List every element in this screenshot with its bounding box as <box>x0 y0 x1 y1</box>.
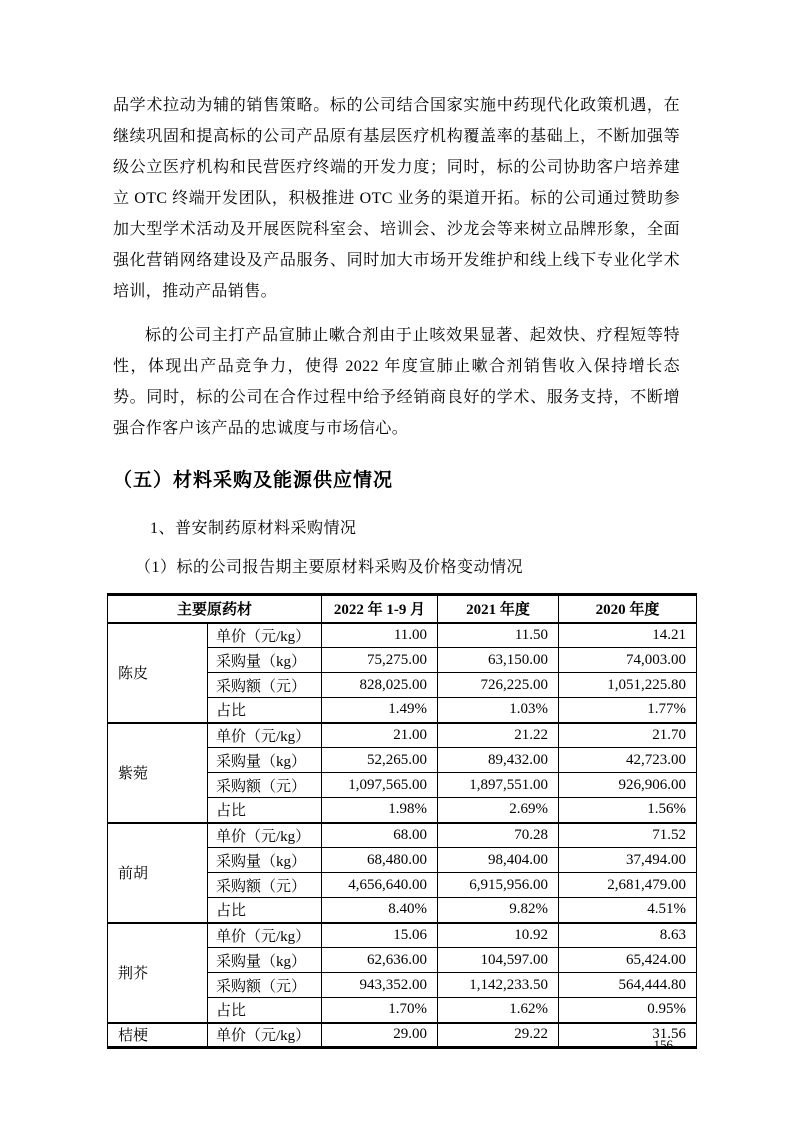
materials-table: 主要原药材 2022 年 1-9 月 2021 年度 2020 年度 陈皮单价（… <box>107 593 697 1049</box>
page-number: 156 <box>654 1037 674 1053</box>
metric-label-cell: 单价（元/kg） <box>208 723 322 748</box>
table-row: 桔梗单价（元/kg）29.0029.2231.56 <box>108 1023 697 1048</box>
value-cell: 1.49% <box>322 698 438 723</box>
value-cell: 1.70% <box>322 998 438 1023</box>
page-content: 品学术拉动为辅的销售策略。标的公司结合国家实施中药现代化政策机遇，在继续巩固和提… <box>113 90 680 1049</box>
subsection-heading: 1、普安制药原材料采购情况 <box>150 518 680 540</box>
value-cell: 1.77% <box>559 698 697 723</box>
metric-label-cell: 占比 <box>208 898 322 923</box>
value-cell: 74,003.00 <box>559 648 697 673</box>
metric-label-cell: 采购额（元） <box>208 673 322 698</box>
value-cell: 726,225.00 <box>438 673 559 698</box>
table-row: 陈皮单价（元/kg）11.0011.5014.21 <box>108 623 697 648</box>
header-year-2021: 2021 年度 <box>438 595 559 623</box>
metric-label-cell: 采购量（kg） <box>208 848 322 873</box>
value-cell: 75,275.00 <box>322 648 438 673</box>
value-cell: 9.82% <box>438 898 559 923</box>
value-cell: 37,494.00 <box>559 848 697 873</box>
value-cell: 68.00 <box>322 823 438 848</box>
value-cell: 71.52 <box>559 823 697 848</box>
material-name-cell: 前胡 <box>108 823 208 923</box>
value-cell: 62,636.00 <box>322 948 438 973</box>
value-cell: 21.22 <box>438 723 559 748</box>
value-cell: 14.21 <box>559 623 697 648</box>
value-cell: 15.06 <box>322 923 438 948</box>
value-cell: 2.69% <box>438 798 559 823</box>
value-cell: 104,597.00 <box>438 948 559 973</box>
value-cell: 29.22 <box>438 1023 559 1048</box>
header-year-2020: 2020 年度 <box>559 595 697 623</box>
metric-label-cell: 单价（元/kg） <box>208 1023 322 1048</box>
value-cell: 70.28 <box>438 823 559 848</box>
metric-label-cell: 采购量（kg） <box>208 948 322 973</box>
materials-table-body: 陈皮单价（元/kg）11.0011.5014.21采购量（kg）75,275.0… <box>108 623 697 1048</box>
material-name-cell: 荆芥 <box>108 923 208 1023</box>
metric-label-cell: 采购额（元） <box>208 773 322 798</box>
metric-label-cell: 采购额（元） <box>208 973 322 998</box>
table-row: 前胡单价（元/kg）68.0070.2871.52 <box>108 823 697 848</box>
value-cell: 943,352.00 <box>322 973 438 998</box>
metric-label-cell: 占比 <box>208 698 322 723</box>
value-cell: 1,051,225.80 <box>559 673 697 698</box>
value-cell: 1,142,233.50 <box>438 973 559 998</box>
value-cell: 8.63 <box>559 923 697 948</box>
value-cell: 68,480.00 <box>322 848 438 873</box>
value-cell: 29.00 <box>322 1023 438 1048</box>
value-cell: 926,906.00 <box>559 773 697 798</box>
table-row: 紫菀单价（元/kg）21.0021.2221.70 <box>108 723 697 748</box>
value-cell: 42,723.00 <box>559 748 697 773</box>
material-name-cell: 紫菀 <box>108 723 208 823</box>
value-cell: 1,897,551.00 <box>438 773 559 798</box>
header-material-column: 主要原药材 <box>108 595 322 623</box>
metric-label-cell: 单价（元/kg） <box>208 823 322 848</box>
metric-label-cell: 采购额（元） <box>208 873 322 898</box>
value-cell: 0.95% <box>559 998 697 1023</box>
metric-label-cell: 单价（元/kg） <box>208 623 322 648</box>
value-cell: 98,404.00 <box>438 848 559 873</box>
value-cell: 11.50 <box>438 623 559 648</box>
value-cell: 89,432.00 <box>438 748 559 773</box>
paragraph-product-competitiveness: 标的公司主打产品宣肺止嗽合剂由于止咳效果显著、起效快、疗程短等特性，体现出产品竞… <box>113 320 680 444</box>
value-cell: 1,097,565.00 <box>322 773 438 798</box>
paragraph-sales-strategy: 品学术拉动为辅的销售策略。标的公司结合国家实施中药现代化政策机遇，在继续巩固和提… <box>113 90 680 307</box>
value-cell: 1.03% <box>438 698 559 723</box>
document-page: 品学术拉动为辅的销售策略。标的公司结合国家实施中药现代化政策机遇，在继续巩固和提… <box>0 0 793 1122</box>
value-cell: 4,656,640.00 <box>322 873 438 898</box>
value-cell: 21.70 <box>559 723 697 748</box>
table-row: 荆芥单价（元/kg）15.0610.928.63 <box>108 923 697 948</box>
subsubsection-heading: （1）标的公司报告期主要原材料采购及价格变动情况 <box>135 557 680 579</box>
value-cell: 65,424.00 <box>559 948 697 973</box>
value-cell: 4.51% <box>559 898 697 923</box>
metric-label-cell: 单价（元/kg） <box>208 923 322 948</box>
metric-label-cell: 采购量（kg） <box>208 648 322 673</box>
value-cell: 10.92 <box>438 923 559 948</box>
table-header-row: 主要原药材 2022 年 1-9 月 2021 年度 2020 年度 <box>108 595 697 623</box>
value-cell: 21.00 <box>322 723 438 748</box>
value-cell: 1.62% <box>438 998 559 1023</box>
value-cell: 52,265.00 <box>322 748 438 773</box>
value-cell: 11.00 <box>322 623 438 648</box>
value-cell: 828,025.00 <box>322 673 438 698</box>
section-heading: （五）材料采购及能源供应情况 <box>113 466 680 496</box>
value-cell: 1.98% <box>322 798 438 823</box>
metric-label-cell: 占比 <box>208 798 322 823</box>
value-cell: 6,915,956.00 <box>438 873 559 898</box>
value-cell: 1.56% <box>559 798 697 823</box>
value-cell: 2,681,479.00 <box>559 873 697 898</box>
header-period-2022: 2022 年 1-9 月 <box>322 595 438 623</box>
material-name-cell: 陈皮 <box>108 623 208 723</box>
value-cell: 63,150.00 <box>438 648 559 673</box>
value-cell: 8.40% <box>322 898 438 923</box>
material-name-cell: 桔梗 <box>108 1023 208 1048</box>
value-cell: 564,444.80 <box>559 973 697 998</box>
value-cell: 31.56 <box>559 1023 697 1048</box>
metric-label-cell: 采购量（kg） <box>208 748 322 773</box>
metric-label-cell: 占比 <box>208 998 322 1023</box>
